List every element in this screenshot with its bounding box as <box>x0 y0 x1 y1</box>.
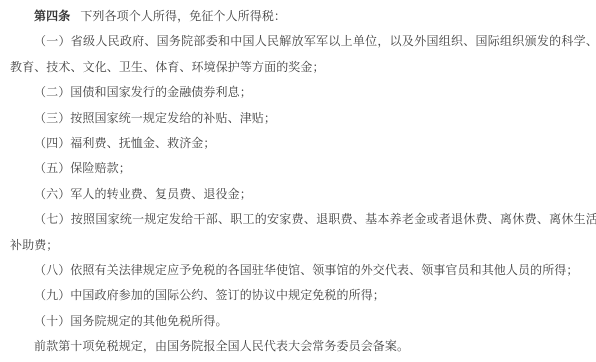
article-item-7: （七）按照国家统一规定发给干部、职工的安家费、退职费、基本养老金或者退休费、离休… <box>10 207 596 258</box>
article-item-2: （二）国债和国家发行的金融债券利息； <box>10 80 596 105</box>
article-body: 第四条下列各项个人所得，免征个人所得税： （一）省级人民政府、国务院部委和中国人… <box>10 0 596 360</box>
article-intro-text: 下列各项个人所得，免征个人所得税： <box>80 9 286 23</box>
article-footer-clause: 前款第十项免税规定，由国务院报全国人民代表大会常务委员会备案。 <box>10 334 596 359</box>
article-item-3: （三）按照国家统一规定发给的补贴、津贴； <box>10 106 596 131</box>
article-item-6: （六）军人的转业费、复员费、退役金； <box>10 182 596 207</box>
article-item-9: （九）中国政府参加的国际公约、签订的协议中规定免税的所得； <box>10 283 596 308</box>
article-number-label: 第四条 <box>34 9 70 23</box>
article-item-5: （五）保险赔款； <box>10 156 596 181</box>
article-item-10: （十）国务院规定的其他免税所得。 <box>10 309 596 334</box>
article-item-4: （四）福利费、抚恤金、救济金； <box>10 131 596 156</box>
document-page: 第四条下列各项个人所得，免征个人所得税： （一）省级人民政府、国务院部委和中国人… <box>0 0 596 362</box>
article-heading: 第四条下列各项个人所得，免征个人所得税： <box>10 4 596 29</box>
article-item-8: （八）依照有关法律规定应予免税的各国驻华使馆、领事馆的外交代表、领事官员和其他人… <box>10 258 596 283</box>
article-item-1: （一）省级人民政府、国务院部委和中国人民解放军军以上单位，以及外国组织、国际组织… <box>10 29 596 80</box>
